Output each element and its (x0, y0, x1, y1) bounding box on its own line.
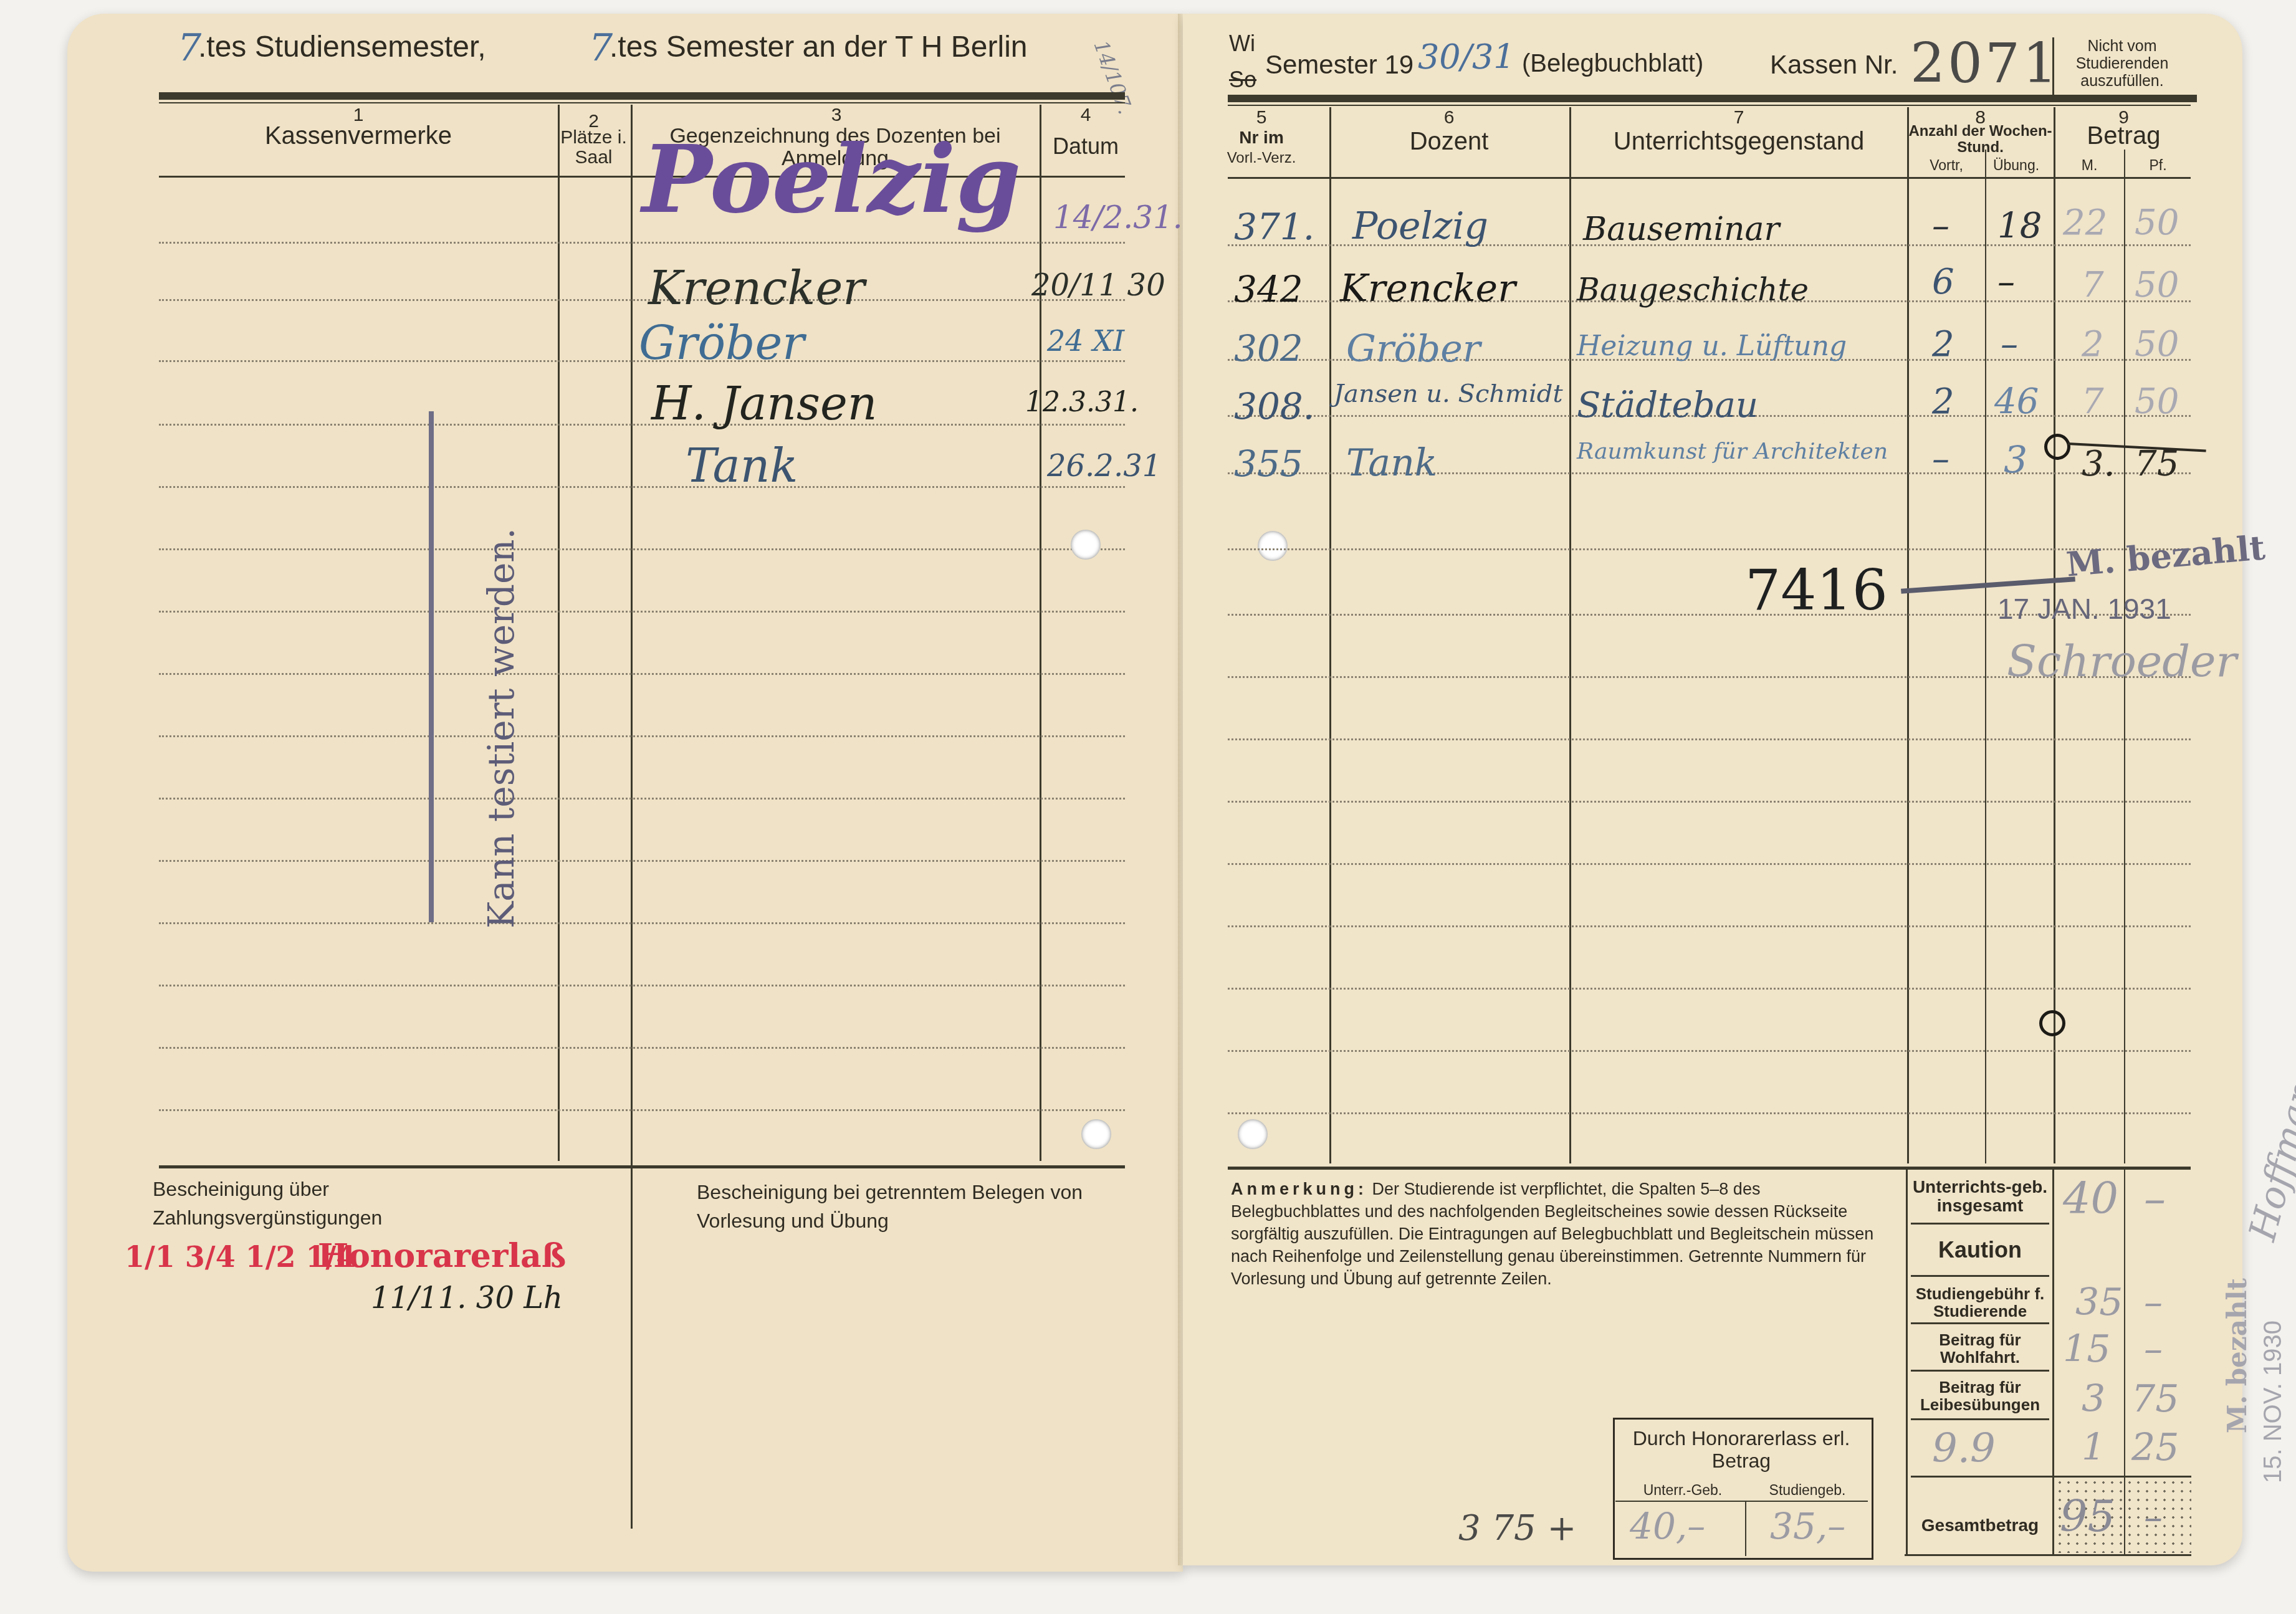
row5-vortrag: – (1932, 439, 1949, 479)
honorar-prefix: 3 75 + (1458, 1508, 1576, 1549)
left-col-divider-1 (558, 105, 560, 1161)
date-row-2: 20/11 30 (1031, 268, 1165, 303)
row-divider (159, 486, 1125, 488)
col6-header: Dozent (1331, 128, 1567, 156)
right-col-divider (1329, 107, 1331, 1163)
semester-year-value: 30/31 (1418, 37, 1515, 77)
studiensemester-label: .tes Studiensemester, (198, 30, 486, 64)
row-divider (159, 611, 1125, 613)
right-header-thin-rule (1228, 105, 2191, 106)
row1-nr: 371. (1234, 206, 1314, 248)
col7-header: Unterrichtsgegenstand (1571, 128, 1907, 156)
totals-extra-pf: 25 (2131, 1426, 2179, 1469)
honorarerlass-handwriting: 11/11. 30 Lh (371, 1281, 563, 1316)
row-divider (159, 922, 1125, 924)
totals-rule (1911, 1322, 2049, 1324)
honorar-rule (1615, 1501, 1868, 1502)
row2-mark: 7 (2082, 265, 2104, 305)
row1-gegenstand: Bauseminar (1583, 211, 1779, 248)
row2-pfennig: 50 (2135, 265, 2179, 305)
totals-mark-gesamt: 95 (2060, 1491, 2115, 1542)
row-divider (159, 1109, 1125, 1111)
col7-number: 7 (1571, 107, 1907, 128)
right-col-divider (1569, 107, 1571, 1163)
semester-label: .tes Semester an der T H Berlin (610, 30, 1028, 64)
row5-dozent: Tank (1346, 441, 1437, 485)
row-divider (159, 548, 1125, 550)
totals-rule (1911, 1418, 2049, 1420)
row3-vortrag: 2 (1932, 324, 1954, 365)
header-thick-rule (159, 92, 1125, 100)
row-divider (1228, 738, 2191, 740)
signature-row-2: Krencker (648, 262, 865, 315)
left-col-divider-3 (1040, 105, 1041, 1161)
zahlungsverguenstigung-title: Bescheinigung über Zahlungsvergünstigung… (153, 1175, 539, 1232)
totals-bottom-rule (1905, 1554, 2191, 1556)
col8-uebung-header: Übung. (1982, 157, 2050, 174)
row4-dozent: Jansen u. Schmidt (1334, 381, 1571, 406)
side-stamp-signature: Hoffmann (2241, 1053, 2296, 1245)
totals-pf-wohlfahrt: – (2144, 1327, 2163, 1371)
col1-header: Kassenvermerke (159, 122, 558, 150)
row4-uebung: 46 (1994, 381, 2039, 422)
binding-hole (1081, 1119, 1111, 1149)
right-header-bottom-rule (1228, 177, 2191, 179)
col2-header: Plätze i. Saal (558, 128, 629, 168)
row-divider (159, 735, 1125, 737)
totals-mark-wohlfahrt: 15 (2063, 1327, 2110, 1371)
totals-rule (1911, 1476, 2191, 1478)
honorar-val-studien: 35,– (1770, 1505, 1845, 1547)
totals-rule (1911, 1370, 2049, 1372)
totals-label-leibesuebungen: Beitrag für Leibesübungen (1908, 1378, 2052, 1413)
honorar-box-title: Durch Honorarerlass erl. Betrag (1613, 1427, 1870, 1472)
col8-header: Anzahl der Wochen-Stund. (1907, 123, 2054, 156)
col9-header: Betrag (2054, 122, 2194, 150)
kassen-nr-value: 2071 (1910, 31, 2060, 95)
honorar-col-unterricht: Unterr.-Geb. (1620, 1482, 1745, 1499)
paid-stamp-date: 17 JAN. 1931 (1997, 592, 2171, 626)
paid-stamp-signature: Schroeder (2007, 636, 2237, 687)
col3-number: 3 (631, 105, 1042, 126)
totals-mark-leibesuebungen: 3 (2082, 1377, 2105, 1421)
row2-gegenstand: Baugeschichte (1577, 272, 1809, 308)
row-divider (159, 299, 1125, 301)
totals-rule (1911, 1223, 2049, 1225)
row-divider (159, 1047, 1125, 1049)
circle-mark (2044, 434, 2070, 460)
totals-extra-mark: 1 (2082, 1426, 2105, 1469)
honorar-val-unterricht: 40,– (1630, 1505, 1705, 1547)
row-divider (159, 860, 1125, 862)
row3-nr: 302 (1234, 327, 1303, 370)
anmerkung-block: Anmerkung: Der Studierende ist verpflich… (1231, 1178, 1892, 1290)
row-divider (1228, 801, 2191, 803)
binding-hole (1071, 530, 1101, 560)
totals-mark-unterricht: 40 (2063, 1173, 2118, 1224)
binding-hole (1238, 1119, 1268, 1149)
row-divider (1228, 925, 2191, 927)
row5-mark: 3. (2082, 444, 2115, 484)
row-divider (159, 985, 1125, 986)
date-row-4: 12.3.31. (1025, 386, 1139, 418)
col5-subheader: Vorl.-Verz. (1225, 150, 1298, 167)
row2-uebung: – (1997, 262, 2015, 302)
col9-pfennig-header: Pf. (2125, 157, 2191, 174)
row-divider (1228, 1112, 2191, 1114)
row4-vortrag: 2 (1932, 381, 1954, 422)
totals-label-gesamt: Gesamtbetrag (1908, 1516, 2052, 1535)
circle-mark (2039, 1010, 2065, 1036)
totals-pf-unterricht: – (2144, 1173, 2166, 1224)
row2-nr: 342 (1234, 268, 1303, 310)
signature-row-5: Tank (686, 439, 798, 493)
row3-dozent: Gröber (1346, 327, 1480, 371)
stamp-number: 7416 (1745, 558, 1888, 623)
row-divider (159, 424, 1125, 426)
totals-label-wohlfahrt: Beitrag für Wohlfahrt. (1908, 1331, 2052, 1366)
side-stamp-label: M. bezahlt (2222, 1278, 2252, 1433)
row1-mark: 22 (2063, 203, 2107, 243)
honorar-col-studien: Studiengeb. (1748, 1482, 1867, 1499)
totals-rule (1911, 1275, 2049, 1277)
left-page (67, 14, 1183, 1572)
row4-mark: 7 (2082, 381, 2104, 422)
col4-header: Datum (1042, 133, 1129, 160)
date-row-1: 14/2.31. (1053, 199, 1183, 236)
row3-pfennig: 50 (2135, 324, 2179, 365)
date-row-3: 24 XI (1047, 324, 1124, 358)
stamp-bar (429, 411, 434, 922)
wi-label: Wi (1229, 32, 1255, 55)
row1-dozent: Poelzig (1352, 204, 1488, 248)
right-col-divider (1907, 107, 1909, 1163)
signature-row-4: H. Jansen (651, 377, 877, 431)
signature-row-1: Poelzig (642, 125, 1021, 234)
row1-pfennig: 50 (2135, 203, 2179, 243)
col5-number: 5 (1225, 107, 1298, 128)
row-divider (159, 673, 1125, 675)
belegbuchblatt-label: (Belegbuchblatt) (1522, 50, 1703, 78)
row4-gegenstand: Städtebau (1577, 385, 1758, 426)
not-for-student-note: Nicht vom Studierenden auszufüllen. (2057, 37, 2188, 90)
totals-label-studiengebuehr: Studiengebühr f. Studierende (1908, 1285, 2052, 1320)
row3-gegenstand: Heizung u. Lüftung (1577, 330, 1847, 362)
row2-vortrag: 6 (1932, 262, 1954, 302)
row-divider (159, 798, 1125, 800)
getrennt-belegen-title: Bescheinigung bei getrenntem Belegen von… (697, 1178, 1108, 1235)
header-thin-rule (159, 102, 1125, 103)
row3-uebung: – (2001, 324, 2018, 365)
binding-hole (1258, 531, 1288, 561)
left-col-divider-2 (631, 105, 633, 1529)
date-row-5: 26.2.31 (1047, 449, 1161, 484)
col4-number: 4 (1042, 105, 1129, 126)
semester-year-label: Semester 19 (1265, 50, 1413, 80)
side-stamp-date: 15. NOV. 1930 (2259, 1320, 2287, 1483)
row3-mark: 2 (2082, 324, 2104, 365)
row1-uebung: 18 (1997, 206, 2042, 246)
row-divider (1228, 548, 2191, 550)
row-divider (1228, 863, 2191, 865)
totals-pf-studiengebuehr: – (2144, 1281, 2163, 1324)
col8-vortrag-header: Vortr, (1912, 157, 1981, 174)
col9-mark-header: M. (2057, 157, 2122, 174)
totals-divider (1906, 1167, 1908, 1556)
testiert-stamp: Kann testiert werden. (480, 528, 522, 929)
signature-row-3: Gröber (639, 317, 805, 370)
row5-nr: 355 (1234, 442, 1303, 485)
col5-header: Nr im (1225, 128, 1298, 148)
row-divider (1228, 988, 2191, 990)
totals-mark-studiengebuehr: 35 (2075, 1281, 2123, 1324)
kassen-nr-label: Kassen Nr. (1770, 50, 1898, 80)
totals-extra-label: 9.9 (1932, 1426, 1996, 1472)
right-header-thick-rule (1228, 95, 2197, 102)
row-divider (159, 242, 1125, 244)
honorar-divider (1745, 1501, 1746, 1556)
totals-pf-leibesuebungen: 75 (2131, 1377, 2179, 1421)
anmerkung-title: Anmerkung: (1231, 1180, 1367, 1198)
row4-pfennig: 50 (2135, 381, 2179, 422)
row1-vortrag: – (1932, 206, 1949, 246)
honorarerlass-stamp: Honorarerlaß (318, 1237, 566, 1275)
so-label: So (1229, 69, 1256, 91)
totals-pf-gesamt: – (2144, 1496, 2163, 1539)
totals-label-unterricht: Unterrichts-geb. insgesamt (1908, 1178, 2052, 1215)
row4-nr: 308. (1234, 385, 1314, 427)
row5-uebung: 3 (2004, 439, 2027, 482)
row2-dozent: Krencker (1340, 267, 1516, 310)
row-divider (1228, 1050, 2191, 1052)
totals-divider (2052, 1167, 2054, 1556)
note-divider (2052, 37, 2054, 97)
col6-number: 6 (1331, 107, 1567, 128)
left-footer-rule (159, 1165, 1125, 1168)
totals-label-kaution: Kaution (1908, 1237, 2052, 1263)
row5-gegenstand: Raumkunst für Architekten (1577, 440, 1907, 464)
right-footer-rule (1228, 1167, 2191, 1170)
